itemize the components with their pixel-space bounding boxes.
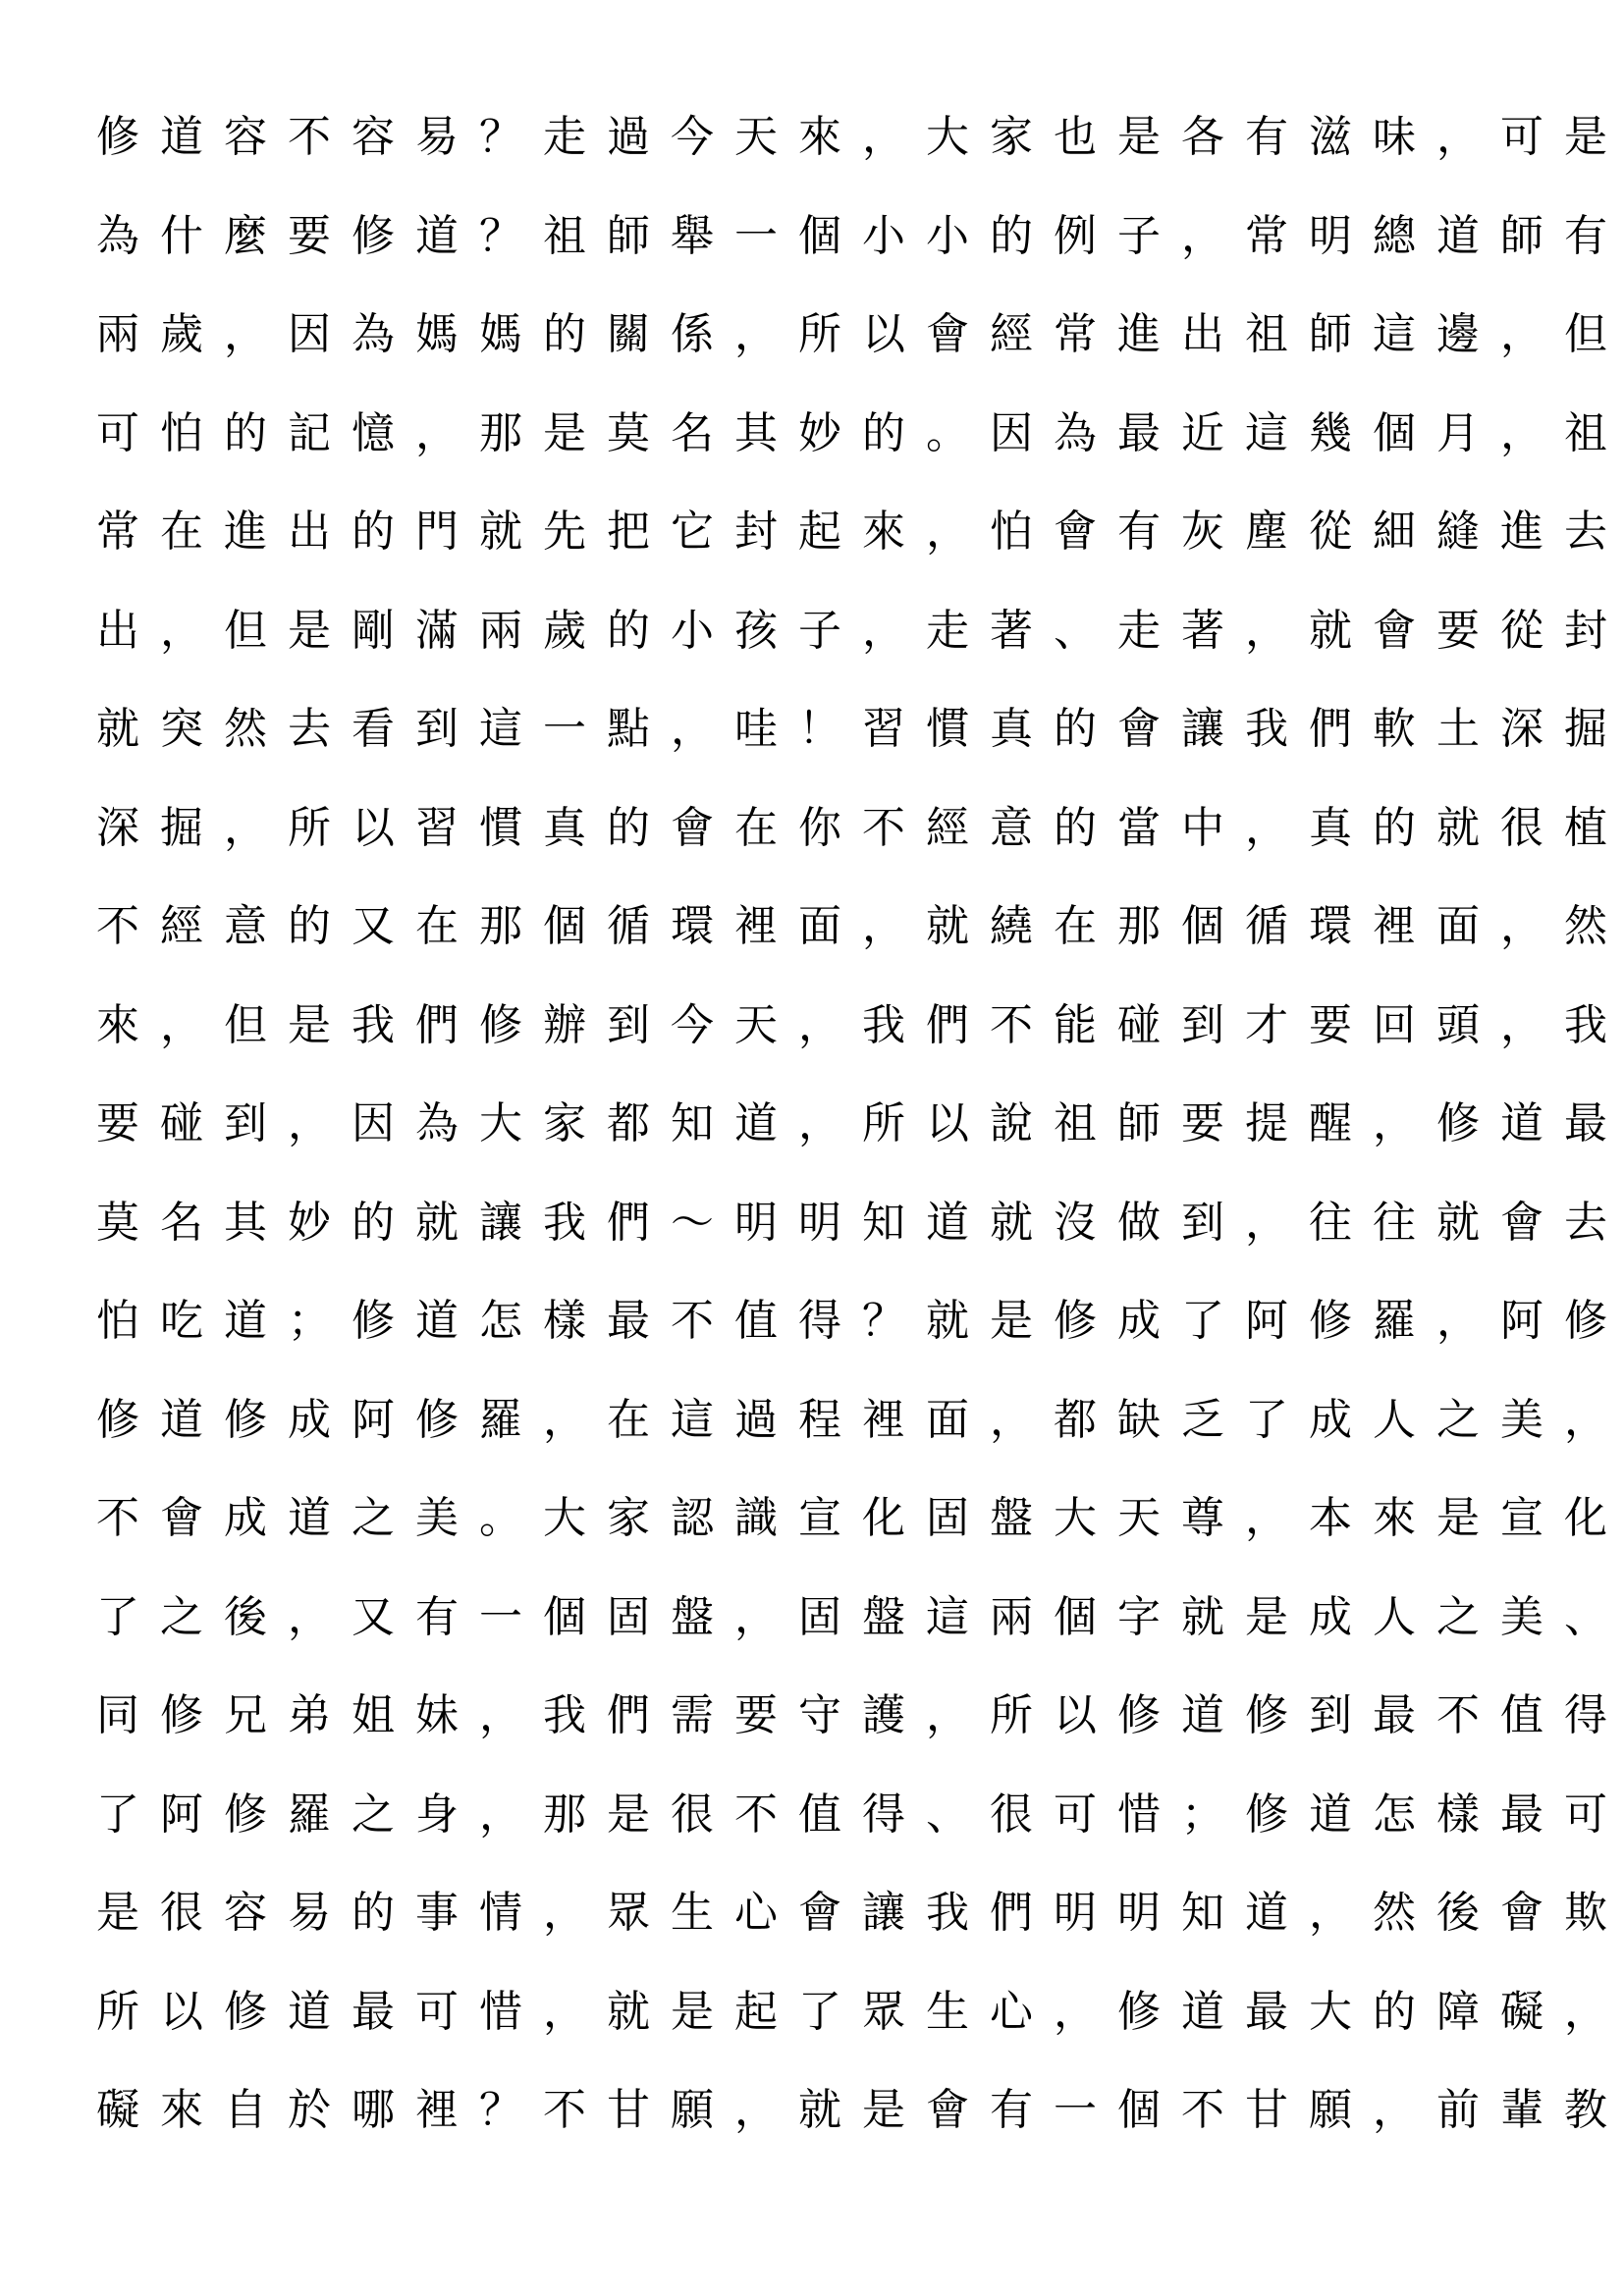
text-line: 莫名其妙的就讓我們～明明知道就沒做到，往往就會去疏忽了，所以修道最 — [96, 1201, 1540, 1301]
text-line: 深掘，所以習慣真的會在你不經意的當中，真的就很植入你的內心，然後你 — [96, 807, 1540, 906]
text-line: 為什麼要修道？祖師舉一個小小的例子，常明總道師有一個外孫，現在剛滿 — [96, 215, 1540, 314]
text-line: 就突然去看到這一點，哇！習慣真的會讓我們軟土深掘，習慣會把我們軟土 — [96, 708, 1540, 807]
text-line: 修道修成阿修羅，在這過程裡面，都缺乏了成人之美，你不會成人之美，你 — [96, 1399, 1540, 1498]
text-line: 修道容不容易？走過今天來，大家也是各有滋味，可是在這修道的過程裡面， — [96, 116, 1540, 215]
text-line: 是很容易的事情，眾生心會讓我們明明知道，然後會欺騙自己本來的佛心， — [96, 1892, 1540, 1991]
document-body: 修道容不容易？走過今天來，大家也是各有滋味，可是在這修道的過程裡面， 為什麼要修… — [96, 116, 1540, 2188]
text-line: 常在進出的門就先把它封起來，怕會有灰塵從細縫進去，所以就從別的門進 — [96, 510, 1540, 610]
text-line: 兩歲，因為媽媽的關係，所以會經常進出祖師這邊，但是習慣真的是一種很 — [96, 313, 1540, 412]
text-line: 了阿修羅之身，那是很不值得、很可惜；修道怎樣最可惜？起眾生心！這個 — [96, 1793, 1540, 1893]
text-line: 可怕的記憶，那是莫名其妙的。因為最近這幾個月，祖師堂在整修，所以平 — [96, 412, 1540, 511]
document-page: 修道容不容易？走過今天來，大家也是各有滋味，可是在這修道的過程裡面， 為什麼要修… — [0, 0, 1624, 2296]
text-line: 不經意的又在那個循環裡面，就繞在那個循環裡面，然後碰到了你才會轉回 — [96, 905, 1540, 1004]
text-line: 不會成道之美。大家認識宣化固盤大天尊，本來是宣化摩訶薩，殯天、回去 — [96, 1497, 1540, 1596]
text-line: 出，但是剛滿兩歲的小孩子，走著、走著，就會要從封起來的門進去，祖師 — [96, 610, 1540, 709]
text-line: 了之後，又有一個固盤，固盤這兩個字就是成人之美、成道之美，所以我們 — [96, 1596, 1540, 1695]
text-line: 所以修道最可惜，就是起了眾生心，修道最大的障礙，會起眾生心最大的障 — [96, 1991, 1540, 2090]
text-line: 要碰到，因為大家都知道，所以說祖師要提醒，修道最怕吃道，有一些習慣 — [96, 1102, 1540, 1201]
text-line: 來，但是我們修辦到今天，我們不能碰到才要回頭，我們要努力的讓自己不 — [96, 1004, 1540, 1103]
text-line: 礙來自於哪裡？不甘願，就是會有一個不甘願，前輩教導我們，可是前輩你 — [96, 2089, 1540, 2188]
text-line: 怕吃道；修道怎樣最不值得？就是修成了阿修羅，阿修羅是專門考道，所以 — [96, 1300, 1540, 1399]
text-line: 同修兄弟姐妹，我們需要守護，所以修道修到最不值得的，就是讓自己落入 — [96, 1694, 1540, 1793]
